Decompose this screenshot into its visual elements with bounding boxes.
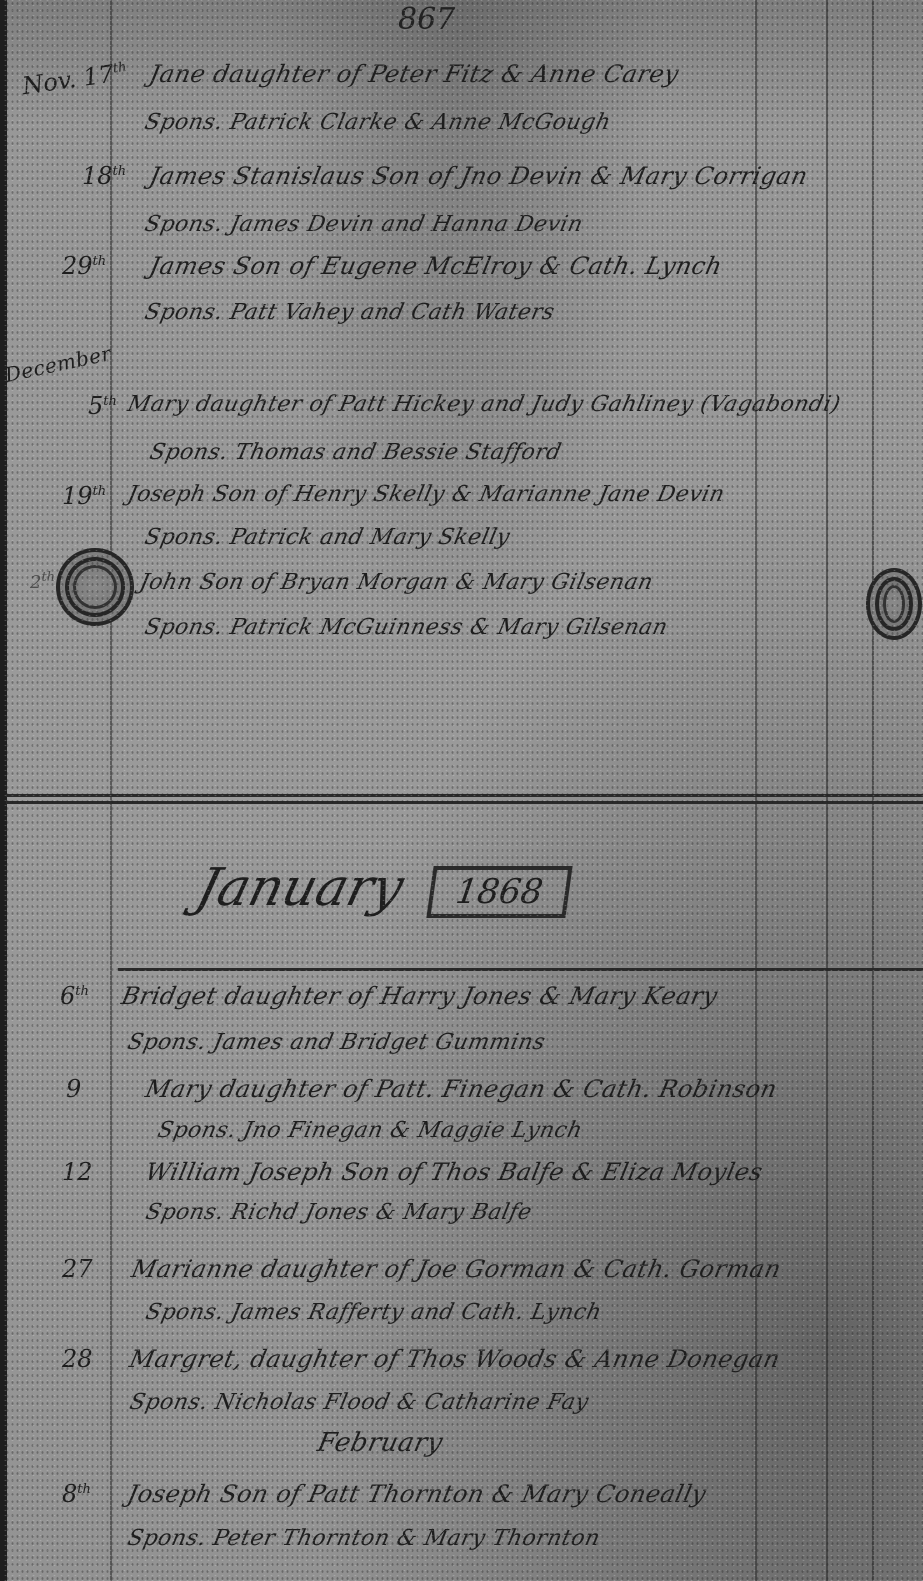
heading-underline [118, 968, 923, 971]
entry-child: William Joseph Son of Thos Balfe & Eliza… [143, 1158, 765, 1186]
entry-date: 12 [62, 1158, 93, 1186]
month-heading-january: January [191, 858, 410, 918]
entry-sponsors: Spons. Thomas and Bessie Stafford [147, 440, 563, 465]
ink-ring-stain-left [56, 548, 134, 626]
entry-sponsors: Spons. Patrick McGuinness & Mary Gilsena… [142, 615, 670, 640]
entry-child: James Son of Eugene McElroy & Cath. Lync… [147, 252, 725, 280]
entry-date: 27 [62, 1255, 93, 1283]
page-binding-edge [0, 0, 7, 1581]
entry-date: 5th [88, 392, 117, 420]
entry-child: Joseph Son of Henry Skelly & Marianne Ja… [125, 482, 727, 507]
column-rule-3 [872, 0, 874, 1581]
entry-child: Marianne daughter of Joe Gorman & Cath. … [129, 1255, 784, 1283]
entry-date: 18th [82, 162, 126, 190]
entry-sponsors: Spons. Patt Vahey and Cath Waters [142, 300, 557, 325]
entry-date: 8th [62, 1480, 91, 1508]
section-divider-bottom [6, 801, 923, 804]
entry-child: Mary daughter of Patt. Finegan & Cath. R… [143, 1075, 780, 1103]
section-divider-top [6, 794, 923, 797]
entry-date: 28 [62, 1345, 93, 1373]
entry-date: 2th [30, 570, 55, 593]
register-page: 867 Nov. 17th Jane daughter of Peter Fit… [0, 0, 923, 1581]
column-rule-1 [755, 0, 757, 1581]
entry-sponsors: Spons. Jno Finegan & Maggie Lynch [155, 1118, 584, 1143]
year-box: 1868 [426, 866, 572, 918]
entry-sponsors: Spons. Patrick and Mary Skelly [142, 525, 512, 550]
month-heading-february: February [315, 1428, 446, 1458]
entry-date: 29th [62, 252, 106, 280]
entry-child: Margret, daughter of Thos Woods & Anne D… [127, 1345, 783, 1373]
entry-child: Mary daughter of Patt Hickey and Judy Ga… [125, 392, 843, 417]
month-heading-december: December [3, 341, 114, 387]
margin-rule-left [110, 0, 112, 1581]
entry-child: Joseph Son of Patt Thornton & Mary Conea… [125, 1480, 709, 1508]
entry-date: 19th [62, 482, 106, 510]
entry-sponsors: Spons. Peter Thornton & Mary Thornton [125, 1526, 602, 1551]
entry-date: 6th [60, 982, 89, 1010]
entry-sponsors: Spons. Richd Jones & Mary Balfe [143, 1200, 534, 1225]
entry-child: James Stanislaus Son of Jno Devin & Mary… [147, 162, 810, 190]
entry-date: 9 [66, 1075, 81, 1103]
entry-child: Bridget daughter of Harry Jones & Mary K… [119, 982, 720, 1010]
entry-child: Jane daughter of Peter Fitz & Anne Carey [147, 60, 681, 88]
entry-sponsors: Spons. Patrick Clarke & Anne McGough [142, 110, 613, 135]
ink-ring-stain-right [866, 568, 922, 640]
entry-sponsors: Spons. Nicholas Flood & Catharine Fay [127, 1390, 591, 1415]
column-rule-2 [826, 0, 828, 1581]
entry-sponsors: Spons. James Rafferty and Cath. Lynch [143, 1300, 604, 1325]
entry-child: John Son of Bryan Morgan & Mary Gilsenan [137, 570, 655, 595]
entry-date: Nov. 17th [21, 58, 129, 100]
entry-sponsors: Spons. James and Bridget Gummins [125, 1030, 547, 1055]
page-number: 867 [398, 2, 455, 37]
entry-sponsors: Spons. James Devin and Hanna Devin [142, 212, 585, 237]
